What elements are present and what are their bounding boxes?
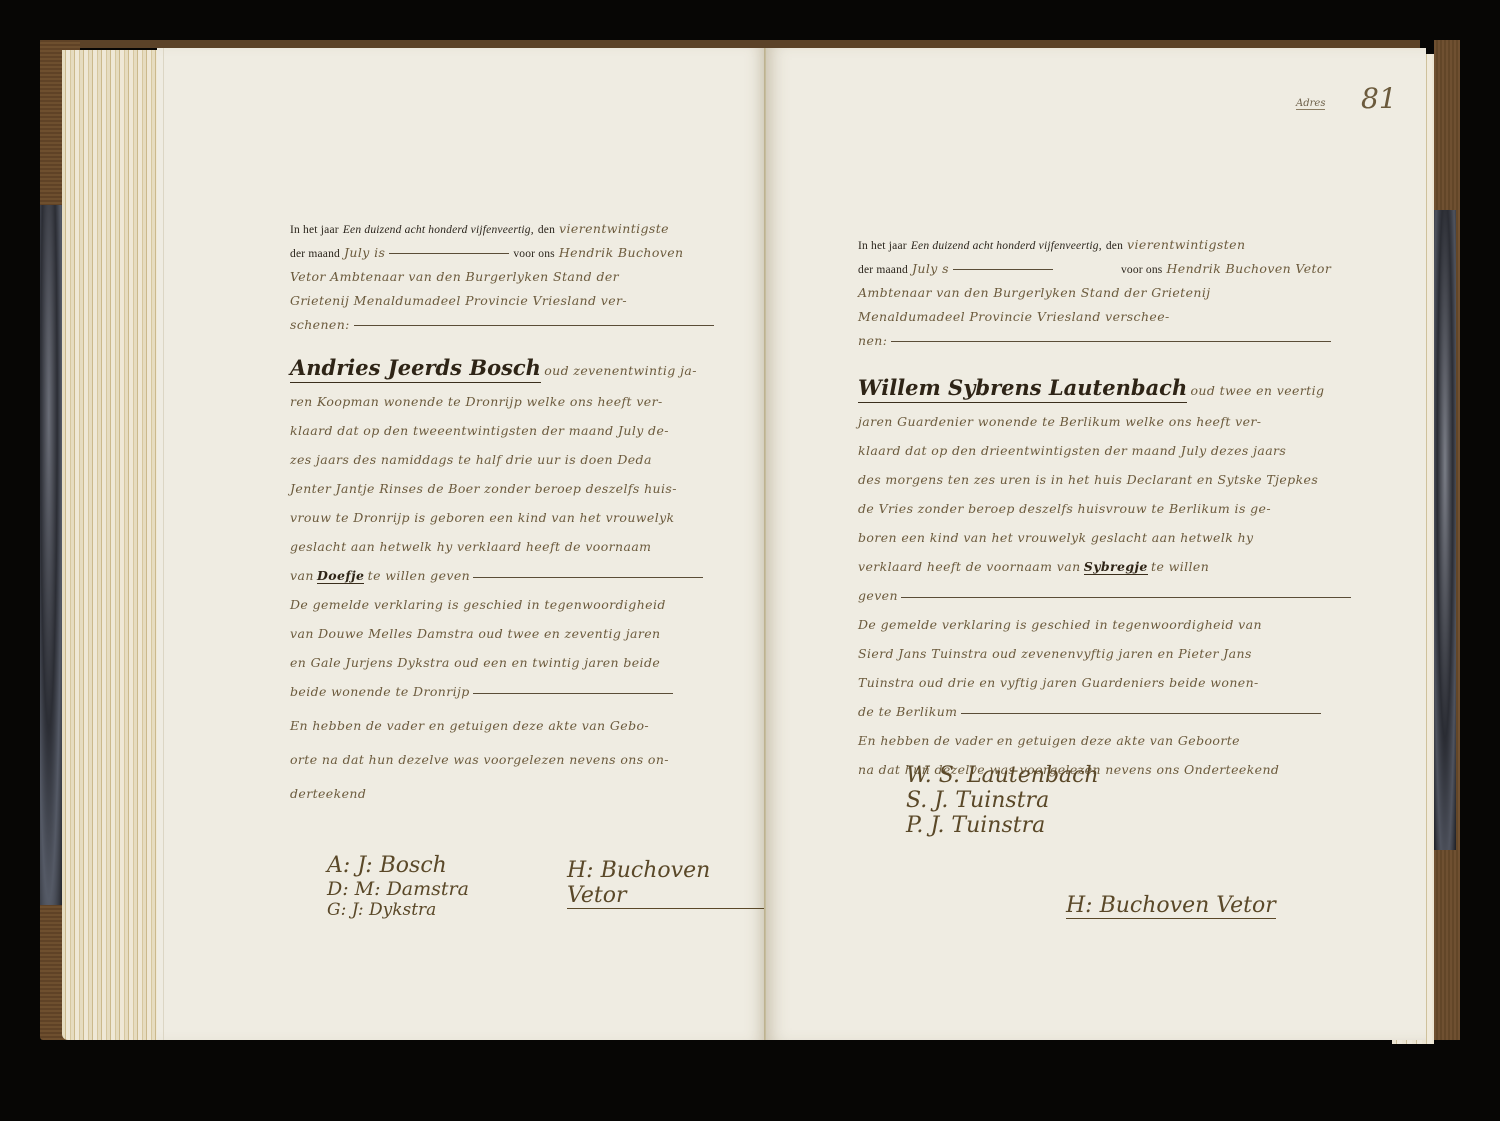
right-signatures: W. S. Lautenbach S. J. Tuinstra P. J. Tu… xyxy=(906,763,1099,838)
printed-month-label: der maand xyxy=(290,248,340,260)
fill-rule xyxy=(473,577,703,578)
marbled-board-right xyxy=(1434,210,1456,850)
body-line: de Vries zonder beroep deszelfs huisvrou… xyxy=(858,501,1271,516)
handwritten-official-line: Grietenij Menaldumadeel Provincie Vriesl… xyxy=(290,293,627,308)
left-official-signature: H: Buchoven Vetor xyxy=(567,858,766,909)
fill-rule xyxy=(354,325,714,326)
book-cover-top-edge xyxy=(40,40,1420,48)
fill-rule xyxy=(961,713,1321,714)
signature-father: A: J: Bosch xyxy=(327,853,469,878)
witness-line: beide wonende te Dronrijp xyxy=(290,684,470,699)
fill-rule xyxy=(891,341,1331,342)
page-edges-left xyxy=(62,50,157,1040)
body-line: boren een kind van het vrouwelyk geslach… xyxy=(858,530,1254,545)
printed-den: den xyxy=(1106,240,1123,252)
child-name: Doefje xyxy=(317,568,364,584)
handwritten-official-line: schenen: xyxy=(290,317,350,332)
handwritten-official-line: Ambtenaar van den Burgerlyken Stand der … xyxy=(858,285,1211,300)
signature-witness-1: D: M: Damstra xyxy=(327,878,469,900)
marbled-board-left xyxy=(40,205,62,905)
right-entry-body: Willem Sybrens Lautenbach oud twee en ve… xyxy=(858,373,1398,784)
witness-line: de te Berlikum xyxy=(858,704,957,719)
folio-number: 81 xyxy=(1361,82,1397,115)
handwritten-day: vierentwintigste xyxy=(559,221,669,236)
printed-prefix: In het jaar xyxy=(290,224,339,236)
witness-line: en Gale Jurjens Dykstra oud een en twint… xyxy=(290,655,660,670)
handwritten-day: vierentwintigsten xyxy=(1127,237,1245,252)
witness-line: van Douwe Melles Damstra oud twee en zev… xyxy=(290,626,660,641)
handwritten-month: July is xyxy=(344,245,385,260)
printed-voor-ons: voor ons xyxy=(513,248,555,260)
body-line: klaard dat op den tweeentwintigsten der … xyxy=(290,423,669,438)
handwritten-official: Hendrik Buchoven xyxy=(559,245,684,260)
signature-witness-2: G: J: Dykstra xyxy=(327,900,469,920)
printed-year: Een duizend acht honderd vijfenveertig, xyxy=(343,224,534,236)
body-line: klaard dat op den drieentwintigsten der … xyxy=(858,443,1286,458)
signature-father: W. S. Lautenbach xyxy=(906,763,1099,788)
declarant-name: Andries Jeerds Bosch xyxy=(290,355,541,383)
body-line: verklaard heeft de voornaam van xyxy=(858,559,1081,574)
printed-month-label: der maand xyxy=(858,264,908,276)
right-entry-header: In het jaar Een duizend acht honderd vij… xyxy=(858,236,1388,356)
body-line: zes jaars des namiddags te half drie uur… xyxy=(290,452,652,467)
witness-line: De gemelde verklaring is geschied in teg… xyxy=(858,617,1262,632)
fill-rule xyxy=(953,269,1053,270)
signature-witness-1: S. J. Tuinstra xyxy=(906,788,1099,813)
body-line: jaren Guardenier wonende te Berlikum wel… xyxy=(858,414,1261,429)
fill-rule xyxy=(389,253,509,254)
closing-line: derteekend xyxy=(290,786,366,801)
closing-line: orte na dat hun dezelve was voorgelezen … xyxy=(290,752,669,767)
body-line: ren Koopman wonende te Dronrijp welke on… xyxy=(290,394,663,409)
fill-rule xyxy=(473,693,673,694)
left-entry-header: In het jaar Een duizend acht honderd vij… xyxy=(290,220,760,340)
handwritten-official-line: Menaldumadeel Provincie Vriesland versch… xyxy=(858,309,1170,324)
child-name: Sybregje xyxy=(1084,559,1148,575)
printed-prefix: In het jaar xyxy=(858,240,907,252)
witness-line: Sierd Jans Tuinstra oud zevenenvyftig ja… xyxy=(858,646,1252,661)
closing-line: En hebben de vader en getuigen deze akte… xyxy=(858,733,1240,748)
signature-witness-2: P. J. Tuinstra xyxy=(906,813,1099,838)
body-line: geven xyxy=(858,588,898,603)
printed-den: den xyxy=(538,224,555,236)
handwritten-month: July s xyxy=(912,261,949,276)
body-line: geslacht aan hetwelk hy verklaard heeft … xyxy=(290,539,651,554)
left-page-margin-line xyxy=(163,48,164,1040)
right-official-signature: H: Buchoven Vetor xyxy=(1066,893,1276,919)
fill-rule xyxy=(901,597,1351,598)
printed-voor-ons: voor ons xyxy=(1121,264,1163,276)
handwritten-official-line: Vetor Ambtenaar van den Burgerlyken Stan… xyxy=(290,269,619,284)
body-line: oud twee en veertig xyxy=(1190,383,1324,398)
declarant-name: Willem Sybrens Lautenbach xyxy=(858,375,1187,403)
left-signatures: A: J: Bosch D: M: Damstra G: J: Dykstra xyxy=(327,853,469,920)
folio-label: Adres xyxy=(1296,98,1325,110)
body-line: des morgens ten zes uren is in het huis … xyxy=(858,472,1318,487)
printed-year: Een duizend acht honderd vijfenveertig, xyxy=(911,240,1102,252)
handwritten-official: Hendrik Buchoven Vetor xyxy=(1166,261,1331,276)
left-page: In het jaar Een duizend acht honderd vij… xyxy=(157,48,766,1040)
witness-line: De gemelde verklaring is geschied in teg… xyxy=(290,597,666,612)
body-line: te willen geven xyxy=(368,568,470,583)
body-line: oud zevenentwintig ja- xyxy=(544,363,697,378)
body-line: van xyxy=(290,568,314,583)
left-entry-body: Andries Jeerds Bosch oud zevenentwintig … xyxy=(290,353,760,813)
body-line: Jenter Jantje Rinses de Boer zonder bero… xyxy=(290,481,677,496)
open-register-book: In het jaar Een duizend acht honderd vij… xyxy=(40,40,1460,1080)
body-line: vrouw te Dronrijp is geboren een kind va… xyxy=(290,510,675,525)
closing-line: En hebben de vader en getuigen deze akte… xyxy=(290,718,649,733)
witness-line: Tuinstra oud drie en vyftig jaren Guarde… xyxy=(858,675,1259,690)
body-line: te willen xyxy=(1151,559,1209,574)
right-page: Adres 81 In het jaar Een duizend acht ho… xyxy=(766,48,1426,1040)
handwritten-official-line: nen: xyxy=(858,333,887,348)
book-cover-right xyxy=(1434,40,1460,1040)
